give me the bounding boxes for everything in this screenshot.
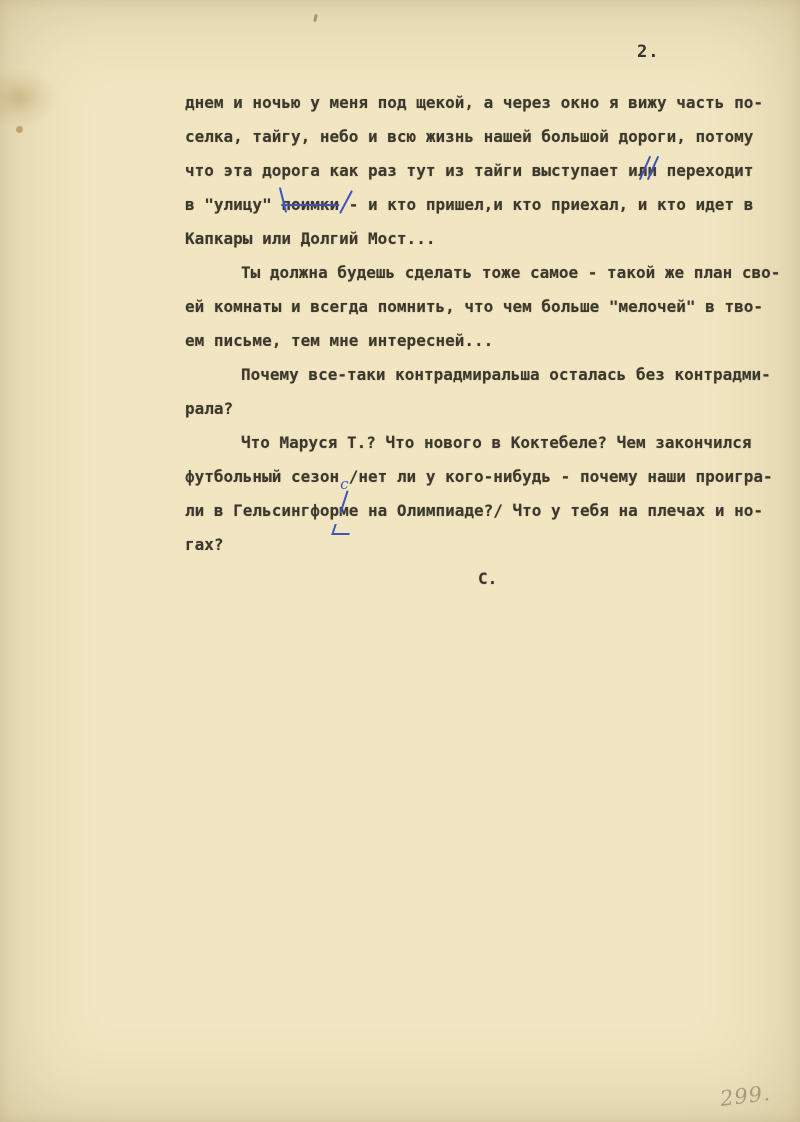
letter-line: Ты должна будешь сделать тоже самое - та…: [185, 256, 793, 290]
line-text: что эта дорога как раз тут из тайги выст…: [185, 161, 638, 180]
letter-line: селка, тайгу, небо и всю жизнь нашей бол…: [185, 120, 793, 154]
letter-body: днем и ночью у меня под щекой, а через о…: [185, 86, 793, 596]
letter-line: что эта дорога как раз тут из тайги выст…: [185, 154, 793, 188]
ink-insertion-mark: [331, 524, 353, 535]
line-text: е на Олимпиаде?/ Что у тебя на плечах и …: [349, 501, 763, 520]
pencil-archive-number: 299.: [719, 1081, 772, 1111]
ink-strikethrough-word: ли: [638, 161, 657, 180]
line-text: переходит: [657, 161, 753, 180]
typewritten-letter-page: 2. днем и ночью у меня под щекой, а чере…: [0, 0, 800, 1122]
letter-line: днем и ночью у меня под щекой, а через о…: [185, 86, 793, 120]
letter-line: Капкары или Долгий Мост...: [185, 222, 793, 256]
letter-line: Почему все-таки контрадмиральша осталась…: [185, 358, 793, 392]
letter-line: ли в Гельсингфорсме на Олимпиаде?/ Что у…: [185, 494, 793, 528]
paper-speck: [313, 14, 318, 22]
signature: С.: [185, 562, 793, 596]
ink-struck-letter: м: [339, 494, 349, 528]
letter-line: рала?: [185, 392, 793, 426]
letter-line: ем письме, тем мне интересней...: [185, 324, 793, 358]
page-number: 2.: [637, 42, 659, 62]
letter-line: ей комнаты и всегда помнить, что чем бол…: [185, 290, 793, 324]
letter-line: гах?: [185, 528, 793, 562]
ink-strikethrough-word: поимки: [281, 195, 339, 214]
letter-line: футбольный сезон /нет ли у кого-нибудь -…: [185, 460, 793, 494]
ink-inserted-letter: с: [340, 477, 348, 491]
line-text: ли в Гельсингфор: [185, 501, 339, 520]
line-text: в "улицу": [185, 195, 281, 214]
line-text: - и кто пришел,и кто приехал, и кто идет…: [339, 195, 753, 214]
ink-correction: см: [339, 494, 349, 528]
paper-stain-dot: [16, 126, 23, 133]
letter-line: в "улицу" поимки - и кто пришел,и кто пр…: [185, 188, 793, 222]
paper-stain: [0, 68, 58, 128]
letter-line: Что Маруся Т.? Что нового в Коктебеле? Ч…: [185, 426, 793, 460]
